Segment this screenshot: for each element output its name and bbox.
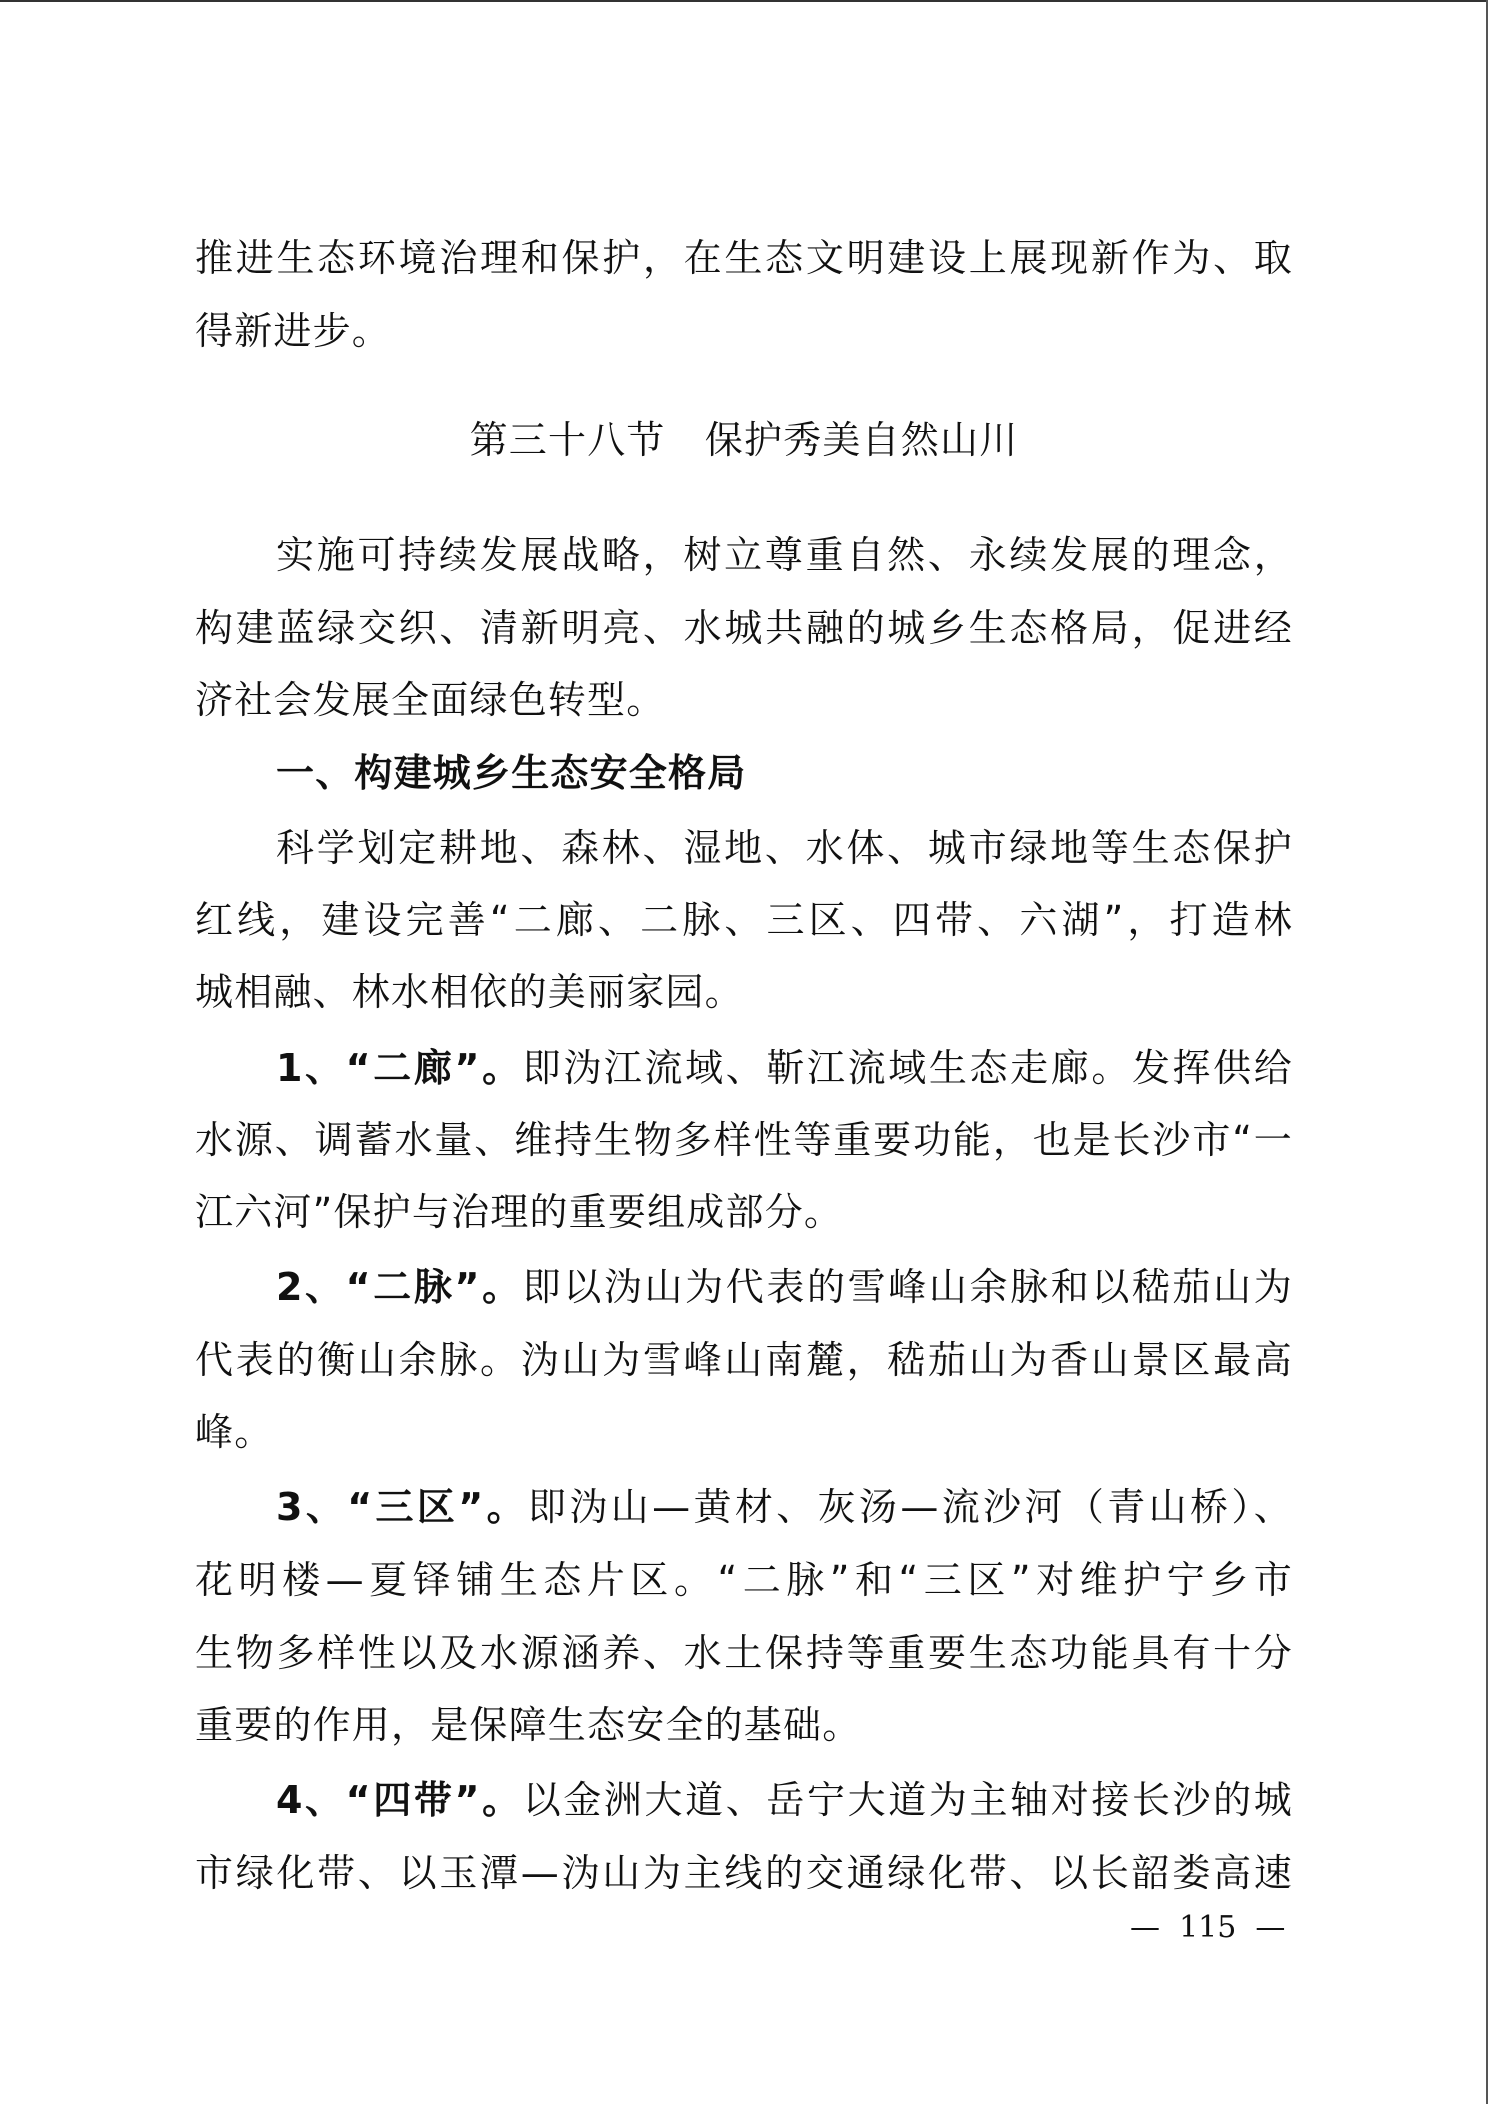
subheading: 一、构建城乡生态安全格局 xyxy=(195,737,1293,810)
item-lead: 1、“二廊”。 xyxy=(276,1046,523,1090)
section-title: 第三十八节 保护秀美自然山川 xyxy=(195,404,1293,477)
item-text: 以金洲大道、岳宁大道为主轴对接长沙的城 xyxy=(523,1778,1293,1822)
page-top-border xyxy=(0,0,1488,2)
paragraph-line: 峰。 xyxy=(195,1396,1293,1469)
item-lead: 3、“三区”。 xyxy=(276,1485,528,1529)
list-item-first-line: 3、“三区”。即沩山—黄材、灰汤—流沙河（青山桥）、 xyxy=(195,1471,1293,1544)
page-number: — 115 — xyxy=(1130,1910,1285,1945)
paragraph-line: 生物多样性以及水源涵养、水土保持等重要生态功能具有十分 xyxy=(195,1617,1293,1690)
item-text: 即沩江流域、靳江流域生态走廊。发挥供给 xyxy=(523,1046,1293,1090)
paragraph-line: 得新进步。 xyxy=(195,295,1293,368)
paragraph-line: 科学划定耕地、森林、湿地、水体、城市绿地等生态保护 xyxy=(195,812,1293,885)
list-item-first-line: 4、“四带”。以金洲大道、岳宁大道为主轴对接长沙的城 xyxy=(195,1764,1293,1837)
paragraph-line: 推进生态环境治理和保护，在生态文明建设上展现新作为、取 xyxy=(195,222,1293,295)
list-item-first-line: 1、“二廊”。即沩江流域、靳江流域生态走廊。发挥供给 xyxy=(195,1032,1293,1105)
paragraph-line: 代表的衡山余脉。沩山为雪峰山南麓，嵇茄山为香山景区最高 xyxy=(195,1324,1293,1397)
item-text: 即以沩山为代表的雪峰山余脉和以嵇茄山为 xyxy=(523,1265,1293,1309)
list-item-first-line: 2、“二脉”。即以沩山为代表的雪峰山余脉和以嵇茄山为 xyxy=(195,1251,1293,1324)
paragraph-line: 红线，建设完善“二廊、二脉、三区、四带、六湖”，打造林 xyxy=(195,884,1293,957)
paragraph-line: 水源、调蓄水量、维持生物多样性等重要功能，也是长沙市“一 xyxy=(195,1104,1293,1177)
paragraph-line: 构建蓝绿交织、清新明亮、水城共融的城乡生态格局，促进经 xyxy=(195,592,1293,665)
paragraph-line: 济社会发展全面绿色转型。 xyxy=(195,664,1293,737)
paragraph-line: 市绿化带、以玉潭—沩山为主线的交通绿化带、以长韶娄高速 xyxy=(195,1837,1293,1910)
paragraph-line: 实施可持续发展战略，树立尊重自然、永续发展的理念， xyxy=(195,519,1293,592)
item-lead: 4、“四带”。 xyxy=(276,1778,523,1822)
item-text: 即沩山—黄材、灰汤—流沙河（青山桥）、 xyxy=(528,1485,1293,1529)
paragraph-line: 重要的作用，是保障生态安全的基础。 xyxy=(195,1689,1293,1762)
paragraph-line: 江六河”保护与治理的重要组成部分。 xyxy=(195,1176,1293,1249)
item-lead: 2、“二脉”。 xyxy=(276,1265,523,1309)
paragraph-line: 城相融、林水相依的美丽家园。 xyxy=(195,956,1293,1029)
paragraph-line: 花明楼—夏铎铺生态片区。“二脉”和“三区”对维护宁乡市 xyxy=(195,1544,1293,1617)
